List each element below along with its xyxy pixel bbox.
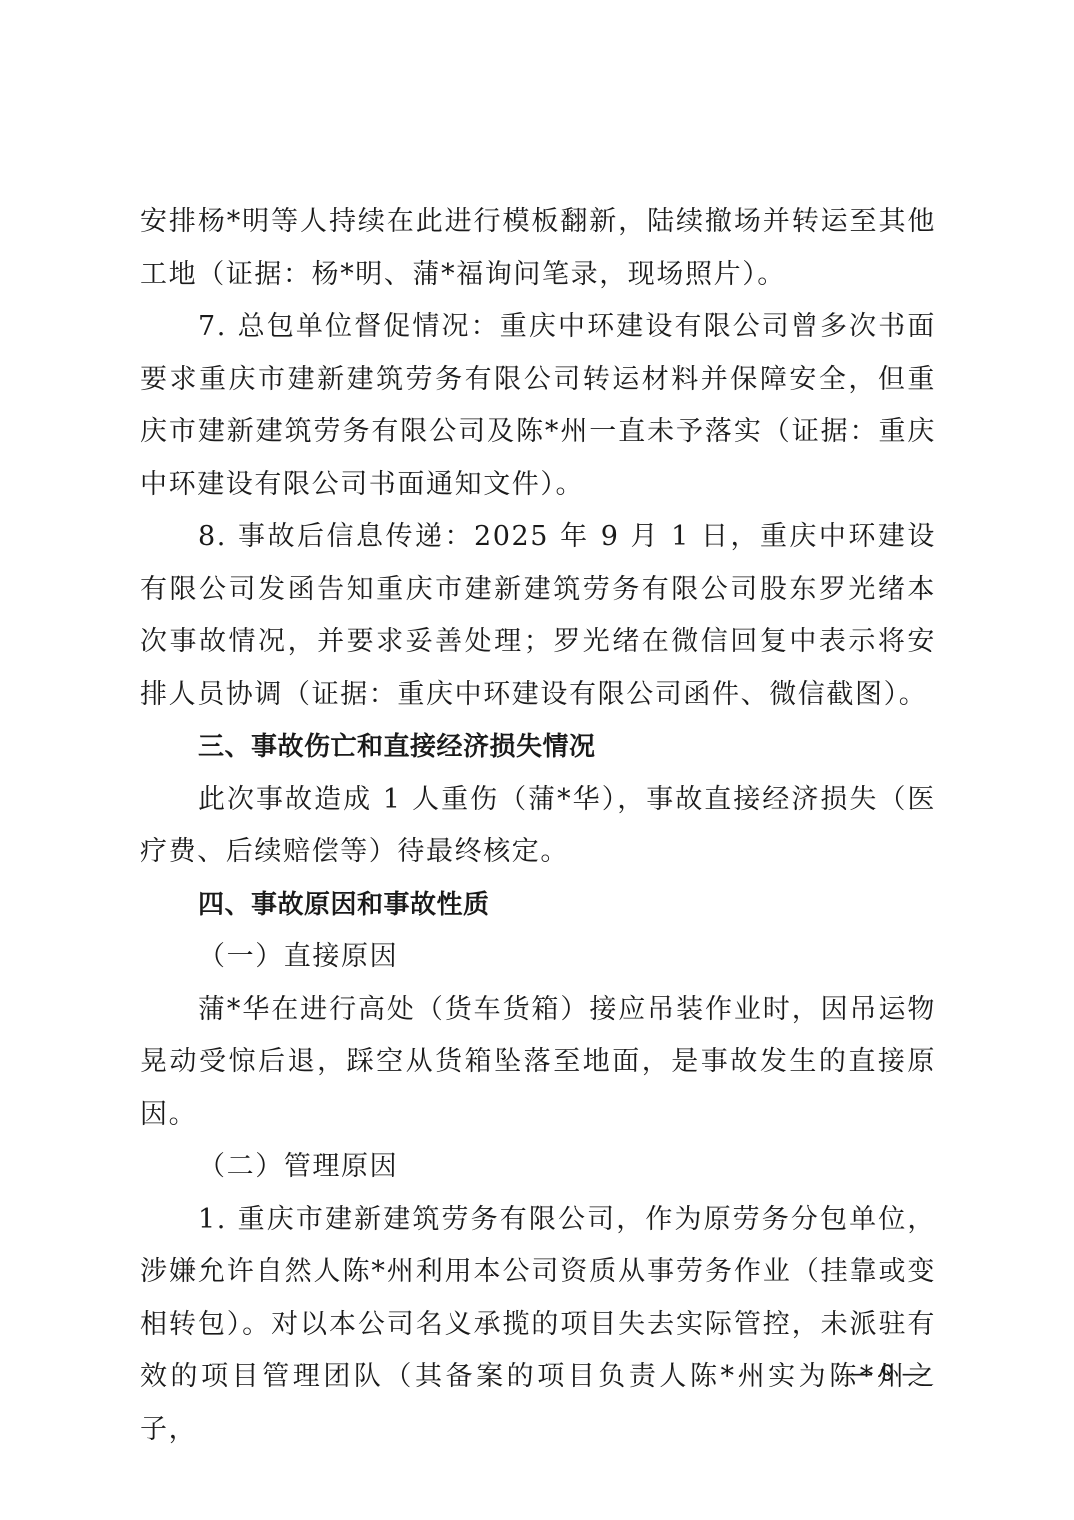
subheading-management-cause: （二）管理原因 [140,1141,936,1194]
document-page: 安排杨*明等人持续在此进行模板翻新，陆续撤场并转运至其他工地（证据：杨*明、蒲*… [140,196,936,1456]
paragraph-direct-cause: 蒲*华在进行高处（货车货箱）接应吊装作业时，因吊运物晃动受惊后退，踩空从货箱坠落… [140,984,936,1142]
paragraph-item-8: 8. 事故后信息传递：2025 年 9 月 1 日，重庆中环建设有限公司发函告知… [140,511,936,721]
paragraph-continuation: 安排杨*明等人持续在此进行模板翻新，陆续撤场并转运至其他工地（证据：杨*明、蒲*… [140,196,936,301]
section-heading-casualties: 三、事故伤亡和直接经济损失情况 [140,721,936,774]
section-heading-causes: 四、事故原因和事故性质 [140,879,936,932]
paragraph-casualties: 此次事故造成 1 人重伤（蒲*华），事故直接经济损失（医疗费、后续赔偿等）待最终… [140,774,936,879]
subheading-direct-cause: （一）直接原因 [140,931,936,984]
paragraph-item-7: 7. 总包单位督促情况：重庆中环建设有限公司曾多次书面要求重庆市建新建筑劳务有限… [140,301,936,511]
paragraph-management-cause-1: 1. 重庆市建新建筑劳务有限公司，作为原劳务分包单位，涉嫌允许自然人陈*州利用本… [140,1194,936,1457]
page-number: — 9 — [848,1360,928,1388]
